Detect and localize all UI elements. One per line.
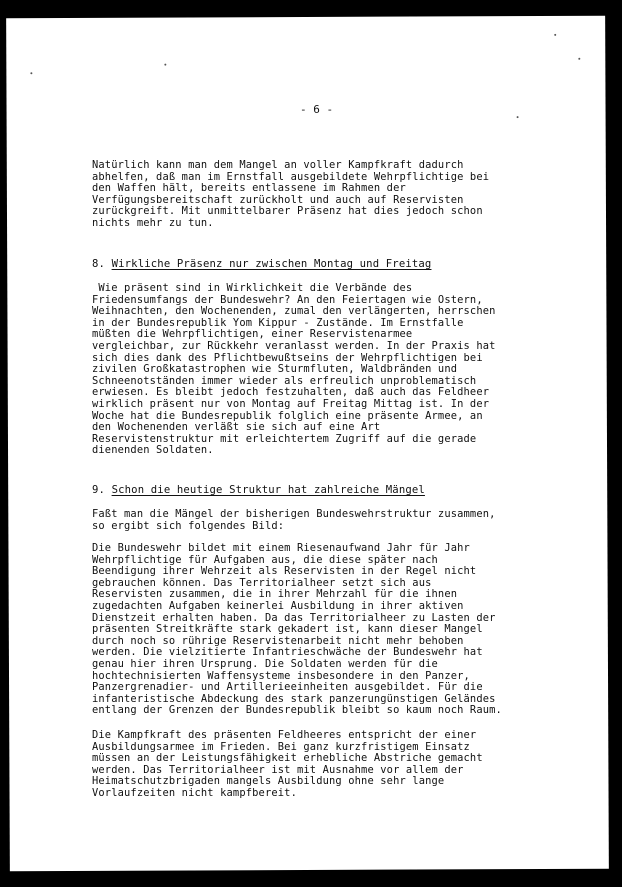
section-8-title: Wirkliche Präsenz nur zwischen Montag un… <box>112 258 432 270</box>
section-9-paragraph-3: Die Kampfkraft des präsenten Feldheeres … <box>92 730 483 800</box>
section-9-number: 9. <box>92 484 105 496</box>
page-number: - 6 - <box>300 103 333 116</box>
section-8-paragraph: Wie präsent sind in Wirklichkeit die Ver… <box>92 283 496 457</box>
scan-speck <box>164 64 166 66</box>
section-9-title: Schon die heutige Struktur hat zahlreich… <box>112 484 425 496</box>
scan-speck <box>554 34 556 36</box>
section-8-heading: 8. Wirkliche Präsenz nur zwischen Montag… <box>92 258 431 270</box>
section-9-heading: 9. Schon die heutige Struktur hat zahlre… <box>92 484 425 496</box>
intro-paragraph: Natürlich kann man dem Mangel an voller … <box>92 160 489 230</box>
scan-speck <box>517 116 519 118</box>
scan-speck <box>578 58 580 60</box>
section-9-paragraph-1: Faßt man die Mängel der bisherigen Bunde… <box>92 509 496 532</box>
section-9-paragraph-2: Die Bundeswehr bildet mit einem Riesenau… <box>92 543 502 717</box>
section-8-number: 8. <box>92 258 105 270</box>
scan-speck <box>30 72 32 74</box>
